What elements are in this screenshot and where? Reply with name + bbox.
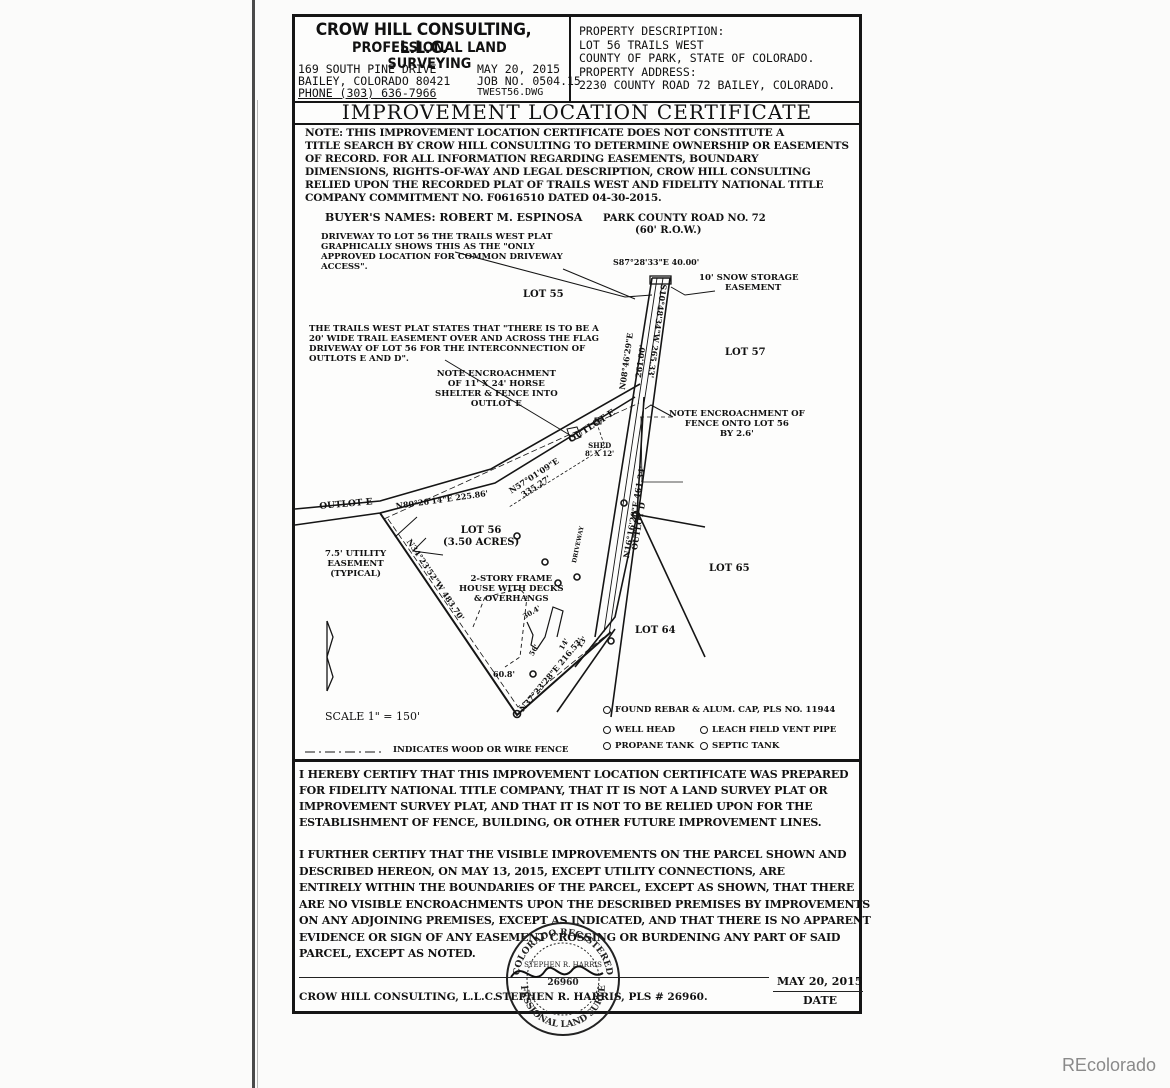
cert-line: FOR FIDELITY NATIONAL TITLE COMPANY, THA… xyxy=(299,783,848,799)
utility-easement-note: 7.5' UTILITY EASEMENT (TYPICAL) xyxy=(325,549,386,579)
note-line: DRIVEWAY OF LOT 56 FOR THE INTERCONNECTI… xyxy=(309,344,599,354)
note-line: THE TRAILS WEST PLAT STATES THAT "THERE … xyxy=(309,324,599,334)
note-line: (TYPICAL) xyxy=(325,569,386,579)
cert-line: I HEREBY CERTIFY THAT THIS IMPROVEMENT L… xyxy=(299,767,848,783)
signature-company: CROW HILL CONSULTING, L.L.C. xyxy=(299,991,496,1003)
surveyor-seal-icon: COLORADO REGISTERED PROFESSIONAL LAND SU… xyxy=(503,919,623,1039)
note-line: OF 11' X 24' HORSE xyxy=(435,379,558,389)
lot-65-label: LOT 65 xyxy=(709,563,750,575)
house-note: 2-STORY FRAME HOUSE WITH DECKS & OVERHAN… xyxy=(459,574,564,604)
cert-line: ENTIRELY WITHIN THE BOUNDARIES OF THE PA… xyxy=(299,880,871,897)
cert-line: IMPROVEMENT SURVEY PLAT, AND THAT IT IS … xyxy=(299,799,848,815)
scan-edge-line xyxy=(252,0,255,1088)
scale-label: SCALE 1" = 150' xyxy=(325,711,420,723)
signature-date: MAY 20, 2015 xyxy=(777,975,862,988)
lot-64-label: LOT 64 xyxy=(635,625,676,637)
note-line: HOUSE WITH DECKS xyxy=(459,584,564,594)
legend-well-head: WELL HEAD xyxy=(615,725,675,735)
cert-line: DESCRIBED HEREON, ON MAY 13, 2015, EXCEP… xyxy=(299,864,871,881)
lot-57-label: LOT 57 xyxy=(725,347,766,359)
fence-legend-label: INDICATES WOOD OR WIRE FENCE xyxy=(393,745,568,755)
note-line: OUTLOT E xyxy=(435,399,558,409)
lot-56-label: LOT 56 (3.50 ACRES) xyxy=(443,525,519,549)
note-line: 7.5' UTILITY xyxy=(325,549,386,559)
note-line: & OVERHANGS xyxy=(459,594,564,604)
lot-55-label: LOT 55 xyxy=(523,289,564,301)
cert-line: ARE NO VISIBLE ENCROACHMENTS UPON THE DE… xyxy=(299,897,871,914)
date-line xyxy=(773,991,863,992)
note-line: DRIVEWAY TO LOT 56 THE TRAILS WEST PLAT xyxy=(321,232,563,242)
shed-label: SHED 8' X 12' xyxy=(585,442,614,458)
snow-storage-note: 10' SNOW STORAGE EASEMENT xyxy=(699,273,799,293)
road-label: PARK COUNTY ROAD NO. 72 xyxy=(603,213,766,225)
note-line: BY 2.6' xyxy=(669,429,805,439)
road-row-label: (60' R.O.W.) xyxy=(635,225,765,237)
watermark: REcolorado xyxy=(1062,1055,1156,1076)
house-dim: 60.8' xyxy=(493,669,515,679)
note-line: GRAPHICALLY SHOWS THIS AS THE "ONLY xyxy=(321,242,563,252)
plat-drawing: PARK COUNTY ROAD NO. 72 (60' R.O.W.) DRI… xyxy=(295,17,859,762)
driveway-note: DRIVEWAY TO LOT 56 THE TRAILS WEST PLAT … xyxy=(321,232,563,272)
scan-edge-line xyxy=(257,100,258,1088)
note-line: 20' WIDE TRAIL EASEMENT OVER AND ACROSS … xyxy=(309,334,599,344)
note-line: APPROVED LOCATION FOR COMMON DRIVEWAY xyxy=(321,252,563,262)
note-line: EASEMENT xyxy=(699,283,799,293)
cert-line: I FURTHER CERTIFY THAT THE VISIBLE IMPRO… xyxy=(299,847,871,864)
date-label: DATE xyxy=(803,994,837,1007)
svg-text:STEPHEN R. HARRIS: STEPHEN R. HARRIS xyxy=(524,961,602,969)
note-line: SHELTER & FENCE INTO xyxy=(435,389,558,399)
certificate-sheet: CROW HILL CONSULTING, L.L.C. PROFESSIONA… xyxy=(292,14,862,1014)
note-line: FENCE ONTO LOT 56 xyxy=(669,419,805,429)
note-line: NOTE ENCROACHMENT xyxy=(435,369,558,379)
svg-text:26960: 26960 xyxy=(547,978,578,988)
lot-number: LOT 56 xyxy=(443,525,519,537)
legend-leach-field: LEACH FIELD VENT PIPE xyxy=(712,725,836,735)
note-line: 10' SNOW STORAGE xyxy=(699,273,799,283)
note-line: ACCESS". xyxy=(321,262,563,272)
horse-shelter-note: NOTE ENCROACHMENT OF 11' X 24' HORSE SHE… xyxy=(435,369,558,409)
note-line: 2-STORY FRAME xyxy=(459,574,564,584)
legend-found-rebar: FOUND REBAR & ALUM. CAP, PLS NO. 11944 xyxy=(615,705,835,715)
fence-encroachment-note: NOTE ENCROACHMENT OF FENCE ONTO LOT 56 B… xyxy=(669,409,805,439)
certification-paragraph-1: I HEREBY CERTIFY THAT THIS IMPROVEMENT L… xyxy=(299,767,848,831)
trail-easement-note: THE TRAILS WEST PLAT STATES THAT "THERE … xyxy=(309,324,599,364)
shed-size: 8' X 12' xyxy=(585,450,614,458)
cert-line: ESTABLISHMENT OF FENCE, BUILDING, OR OTH… xyxy=(299,815,848,831)
note-line: NOTE ENCROACHMENT OF xyxy=(669,409,805,419)
note-line: OUTLOTS E AND D". xyxy=(309,354,599,364)
legend-septic-tank: SEPTIC TANK xyxy=(712,741,779,751)
lot-area: (3.50 ACRES) xyxy=(443,537,519,549)
legend-propane-tank: PROPANE TANK xyxy=(615,741,694,751)
bearing-top: S87°28'33"E 40.00' xyxy=(613,257,699,267)
section-divider xyxy=(295,759,859,762)
note-line: EASEMENT xyxy=(325,559,386,569)
